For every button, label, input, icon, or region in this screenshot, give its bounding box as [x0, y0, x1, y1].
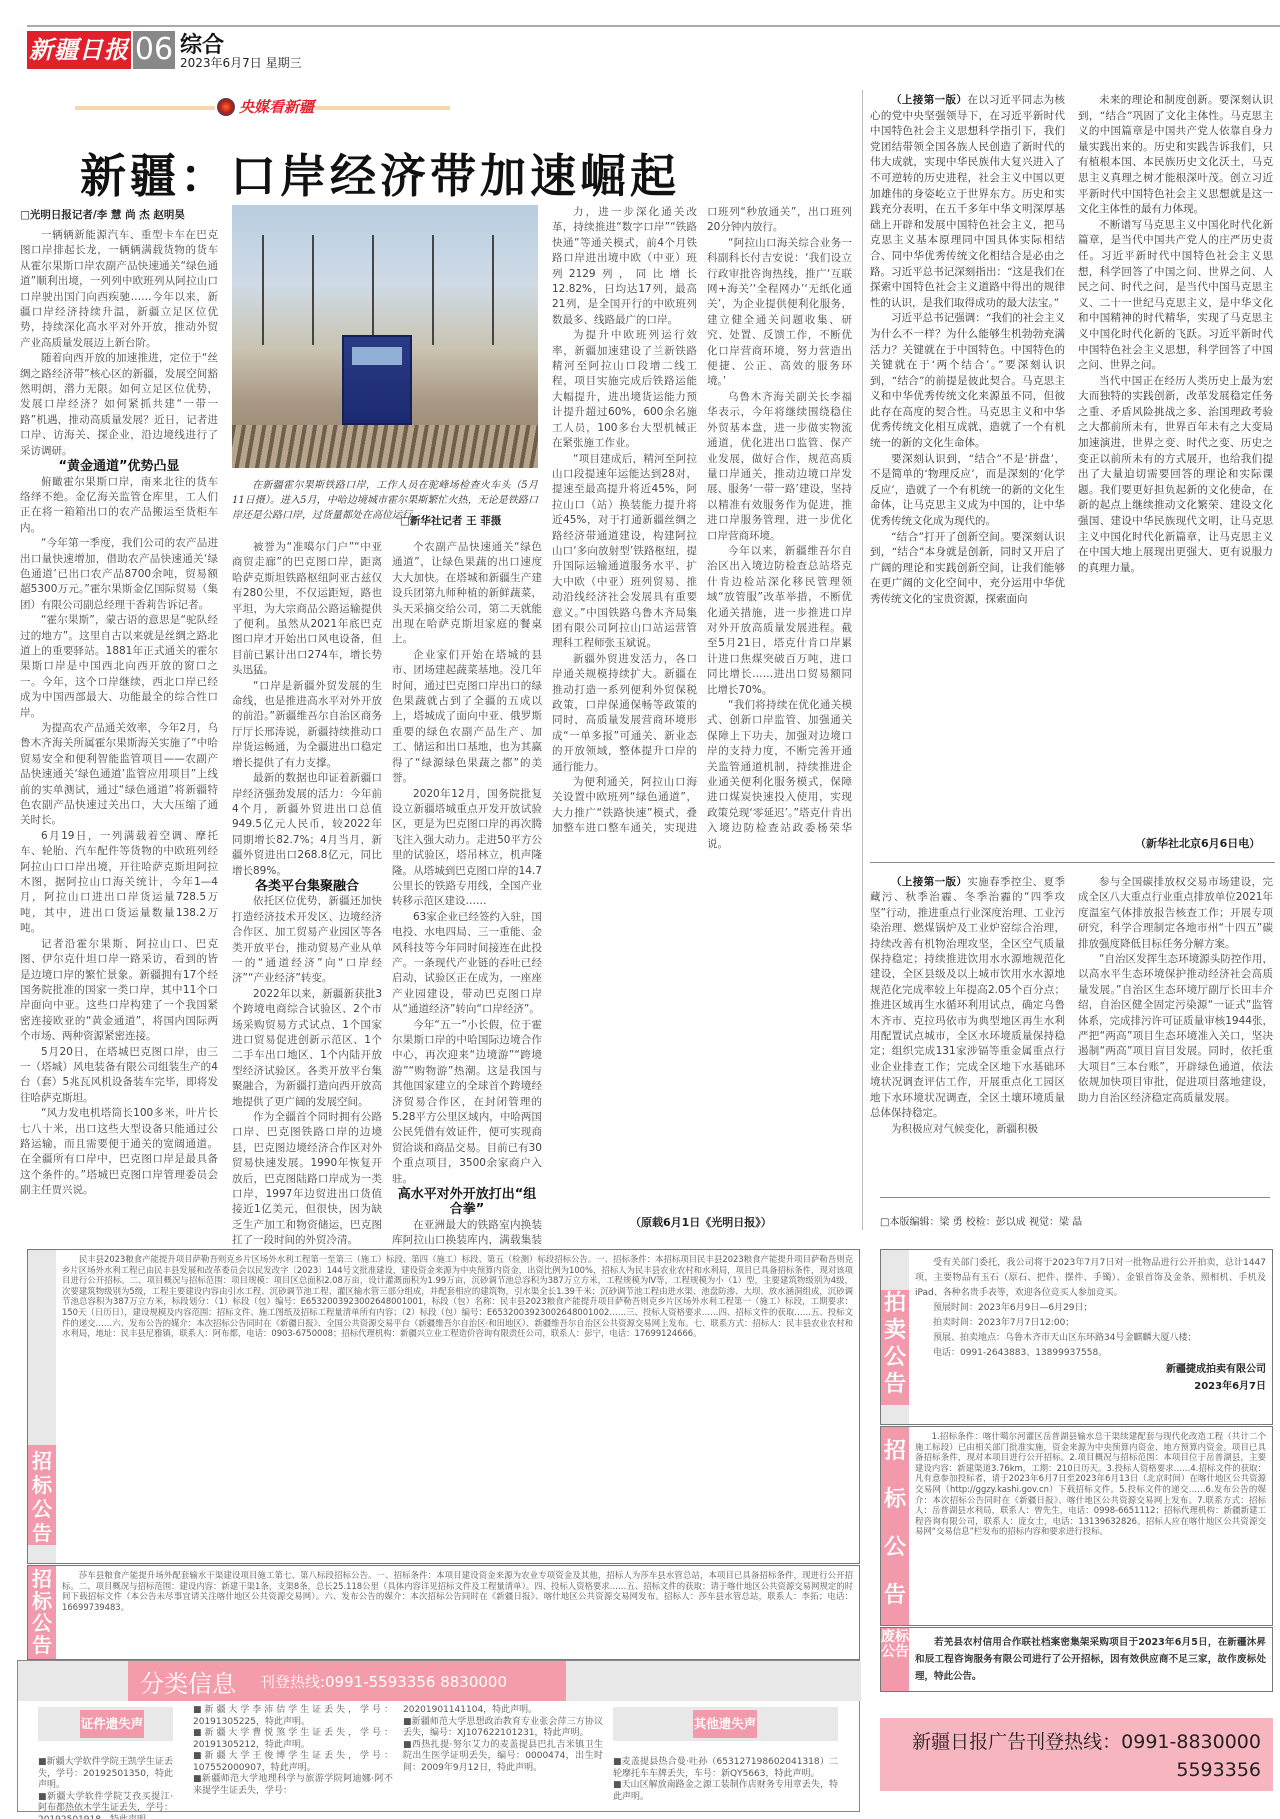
ad-label-column: 招标公告 [28, 1250, 56, 1563]
subheading: “黄金通道”优势凸显 [20, 459, 218, 474]
target-icon [217, 98, 235, 116]
classified-column-1: ■新疆大学软件学院王凯学生证丢失，学号：20192501350，特此声明。 ■新… [38, 1757, 173, 1819]
classified-hotline: 刊登热线:0991-5593356 8830000 [260, 1671, 507, 1692]
classified-column-4: ■麦盖提县热合曼·吐孙（653127198602041318）二轮摩托车车牌丢失… [613, 1757, 838, 1803]
kicker-label: 央媒看新疆 [239, 96, 314, 117]
paragraph: 2022年以来，新疆新获批3个跨境电商综合试验区、2个市场采购贸易方式试点、1个… [232, 987, 382, 1110]
article-dateline: （新华社北京6月6日电） [1135, 835, 1260, 851]
newspaper-logo: 新疆日报 [27, 31, 131, 69]
paragraph: 5月20日，在塔城巴克图口岸，由三一（塔城）风电装备有限公司组装生产的4台（套）… [20, 1045, 218, 1107]
classified-column-3: 20201901141104，特此声明。 ■新疆师范大学思想政治教育专业张会萍三… [403, 1705, 603, 1774]
paragraph: 随着向西开放的加速推进，定位于“丝绸之路经济带”核心区的新疆，发展空间豁然明朗，… [20, 351, 218, 459]
paragraph: 一辆辆新能源汽车、重型卡车在巴克图口岸排起长龙，一辆辆满载货物的货车从霍尔果斯口… [20, 228, 218, 351]
paragraph: 作为全疆首个同时拥有公路口岸、巴克图铁路口岸的边境县，巴克图边境经济合作区对外贸… [232, 1110, 382, 1249]
ad-body: 民丰县2023粮食产能提升项目萨勒吾则克乡片区场外水利工程第一至第三（施工）标段… [62, 1254, 853, 1559]
classified-title: 分类信息 [140, 1664, 236, 1699]
paragraph: 个农副产品快速通关“绿色通道”，让绿色果蔬的出口速度大大加快。在塔城和新疆生产建… [392, 540, 542, 648]
paragraph: 63家企业已经签约入驻，国电投、水电四局、三一重能、金风科技等今年同时间接连在此… [392, 910, 542, 1018]
paragraph: “自治区发挥生态环境源头防控作用，以高水平生态环境保护推动经济社会高质量发展。”… [1078, 952, 1273, 1106]
paragraph: “霍尔果斯”，蒙古语的意思是“驼队经过的地方”。这里自古以来就是丝绸之路北道上的… [20, 613, 218, 721]
paragraph: 习近平总书记强调：“我们的社会主义为什么不一样？为什么能够生机勃勃充满活力？关键… [870, 311, 1065, 451]
commentary-column-2: 未来的理论和制度创新。要深刻认识到，“结合”巩固了文化主体性。马克思主义的中国篇… [1078, 93, 1273, 833]
ad-label: 废标公告 [881, 1628, 909, 1692]
notice-item: ■新疆师范大学思想政治教育专业张会萍三方协议丢失，编号：XJ1076221012… [403, 1717, 603, 1740]
classified-column-2: ■新疆大学李沛佶学生证丢失，学号：20191305225，特此声明。 ■新疆大学… [193, 1705, 393, 1797]
eco-article-column-1: （上接第一版）实施春季控尘、夏季藏污、秋季治霾、冬季治霾的“四季攻坚”行动，推进… [870, 875, 1065, 1195]
continued-label: （上接第一版） [891, 876, 967, 888]
other-loss-tag: 其他遗失声明 [613, 1707, 838, 1741]
paragraph: 要深刻认识到，“结合”不是‘拼盘’，不是简单的‘物理反应’，而是深刻的‘化学反应… [870, 452, 1065, 530]
article-byline: □光明日报记者/李 慧 尚 杰 赵明昊 [20, 207, 185, 222]
paragraph: 不断谱写马克思主义中国化时代化新篇章，是当代中国共产党人的庄严历史责任。习近平新… [1078, 218, 1273, 374]
continued-label: （上接第一版） [891, 94, 967, 106]
paragraph: （上接第一版）在以习近平同志为核心的党中央坚强领导下，在习近平新时代中国特色社会… [870, 93, 1065, 311]
paragraph: “风力发电机塔筒长100多米，叶片长七八十米，出口这些大型设备只能通过公路运输，… [20, 1106, 218, 1198]
notice-item: ■新疆大学曹悦煞学生证丢失，学号：20191305212，特此声明。 [193, 1728, 393, 1751]
auction-notice-ad: 拍卖公告 受有关部门委托，我公司将于2023年7月7日对一批物品进行公开拍卖，总… [880, 1249, 1273, 1425]
paragraph: 为提高农产品通关效率，今年2月，乌鲁木齐海关所属霍尔果斯海关实施了“中哈贸易安全… [20, 721, 218, 829]
column-divider [862, 90, 863, 1230]
paragraph: （上接第一版）实施春季控尘、夏季藏污、秋季治霾、冬季治霾的“四季攻坚”行动，推进… [870, 875, 1065, 1122]
news-photo-train [232, 205, 538, 468]
paragraph: “今年第一季度，我们公司的农产品进出口量快速增加，借助农产品快速通关‘绿色通道’… [20, 536, 218, 613]
classified-header: 分类信息 刊登热线:0991-5593356 8830000 [18, 1661, 861, 1701]
railway-tracks-image [232, 425, 538, 468]
commentary-column-1: （上接第一版）在以习近平同志为核心的党中央坚强领导下，在习近平新时代中国特色社会… [870, 93, 1065, 833]
paragraph: 为积极应对气候变化，新疆积极 [870, 1122, 1065, 1137]
paragraph: 力，进一步深化通关改革，持续推进“数字口岸”“铁路快通”等通关模式，前4个月铁路… [552, 205, 697, 328]
kicker-rule-right [315, 106, 450, 110]
ad-hotline-banner: 新疆日报广告刊登热线：0991-8830000 5593356 [880, 1718, 1273, 1791]
paragraph: 新疆外贸进发活力，各口岸通关规模持续扩大。新疆在推动打造一系列便利外贸保税政策，… [552, 652, 697, 775]
bid-notice-ad: 招标公告 1.招标条件：喀什噶尔河灌区岳普湖县输水总干渠续建配套与现代化改造工程… [880, 1426, 1273, 1626]
paragraph: 乌鲁木齐海关副关长李福华表示，今年将继续围绕稳住外贸基本盘，进一步做实物流通道，… [707, 390, 852, 544]
page-number: 06 [133, 31, 175, 69]
subheading: 高水平对外开放打出“组合拳” [392, 1187, 542, 1218]
auction-date: 2023年6月7日 [915, 1378, 1266, 1395]
ad-label: 招标公告 [28, 1445, 56, 1545]
notice-item: ■麦盖提县热合曼·吐孙（653127198602041318）二轮摩托车车牌丢失… [613, 1757, 838, 1780]
paragraph: “项目建成后，精河至阿拉山口段提速年运能达到28对，提速至最高提升将近45%，阿… [552, 452, 697, 652]
ad-body: 若羌县农村信用合作联社档案密集架采购项目于2023年6月5日，在新疆沐昇和辰工程… [915, 1634, 1266, 1685]
article-headline: 新疆：口岸经济带加速崛起 [80, 140, 800, 206]
paragraph: 被誉为“准噶尔门户”“中亚商贸走廊”的巴克图口岸，距离哈萨克斯坦铁路枢纽阿亚古兹… [232, 540, 382, 679]
ad-body: 1.招标条件：喀什噶尔河灌区岳普湖县输水总干渠续建配套与现代化改造工程（共计二个… [915, 1431, 1266, 1621]
paragraph: 记者沿霍尔果斯、阿拉山口、巴克图、伊尔克什坦口岸一路采访，看到的皆是边境口岸的繁… [20, 937, 218, 1045]
paragraph: 今年以来，新疆维吾尔自治区出入境边防检查总站塔克什肯边检站深化移民管理领域“放管… [707, 544, 852, 698]
paragraph: “阿拉山口海关综合业务一科副科长付吉安说：‘我们设立行政审批咨询热线，推广‘互联… [707, 236, 852, 390]
paragraph: 参与全国碳排放权交易市场建设，完成全区八大重点行业重点排放单位2021年度温室气… [1078, 875, 1273, 952]
photo-credit: □新华社记者 王 菲摄 [400, 513, 501, 528]
ad-label: 拍卖公告 [881, 1290, 909, 1405]
cancel-bid-notice-ad: 废标公告 若羌县农村信用合作联社档案密集架采购项目于2023年6月5日，在新疆沐… [880, 1627, 1273, 1692]
article-column-4: 力，进一步深化通关改革，持续推进“数字口岸”“铁路快通”等通关模式，前4个月铁路… [552, 205, 852, 1205]
editor-credits: □本版编辑：梁 勇 校检：彭以成 视觉：梁 晶 [880, 1213, 1082, 1228]
header-rule [27, 25, 1280, 27]
paragraph: 当代中国正在经历人类历史上最为宏大而独特的实践创新，改革发展稳定任务之重、矛盾风… [1078, 374, 1273, 577]
paragraph: “结合”打开了创新空间。要深刻认识到，“结合”本身就是创新，同时又开启了广阔的理… [870, 530, 1065, 608]
paragraph: 依托区位优势，新疆还加快打造经济技术开发区、边境经济合作区、加工贸易产业园区等各… [232, 894, 382, 986]
editor-rule [880, 1197, 1270, 1198]
paragraph: 俯瞰霍尔果斯口岸，南来北往的货车络绎不绝。金亿海关监管仓库里，工人们正在将一箱箱… [20, 475, 218, 537]
notice-item: ■西热扎提·努尔艾力的麦盖提县巴扎吉米镇卫生院出生医学证明丢失，编号：00004… [403, 1740, 603, 1775]
paragraph: 6月19日，一列满载着空调、摩托车、轮胎、汽车配件等货物的中欧班列经阿拉山口口岸… [20, 829, 218, 937]
notice-item: ■新疆师范大学地理科学与旅游学院阿迪娜·阿不来提学生证丢失，学号： [193, 1774, 393, 1797]
notice-item: ■新疆大学王俊博学生证丢失，学号：107552000907，特此声明。 [193, 1751, 393, 1774]
id-loss-tag: 证件遗失声明 [38, 1707, 173, 1741]
article-column-1: 一辆辆新能源汽车、重型卡车在巴克图口岸排起长龙，一辆辆满载货物的货车从霍尔果斯口… [20, 228, 218, 1199]
notice-item: ■新疆大学软件学院王凯学生证丢失，学号：20192501350，特此声明。 [38, 1757, 173, 1792]
hotline-text: 新疆日报广告刊登热线：0991-8830000 [880, 1728, 1261, 1756]
paragraph: “我们将持续在优化通关模式、创新口岸监管、加强通关保障上下功夫，加强对边境口岸的… [707, 698, 852, 852]
kicker-rule-left [75, 106, 215, 110]
notice-item: ■新疆大学李沛佶学生证丢失，学号：20191305225，特此声明。 [193, 1705, 393, 1728]
notice-item: ■天山区解放南路金之源工装制作店财务专用章丢失，特此声明。 [613, 1780, 838, 1803]
ad-body: 莎车县粮食产能提升场外配套输水干渠建设项目施工第七、第八标段招标公告。一、招标条… [62, 1570, 853, 1655]
paragraph: “口岸是新疆外贸发展的生命线，也是推进高水平对外开放的前沿。”新疆维吾尔自治区商… [232, 679, 382, 771]
article-source: （原载6月1日《光明日报》） [630, 1214, 772, 1230]
paragraph: 企业家们开始在塔城的县市、团场建起蔬菜基地。没几年时间，通过巴克图口岸出口的绿色… [392, 648, 542, 787]
paragraph: 今年“五一”小长假，位于霍尔果斯口岸的中哈国际边境合作中心，再次迎来“边境游”“… [392, 1018, 542, 1187]
paragraph: 最新的数据也印证着新疆口岸经济强劲发展的活力：今年前4个月，新疆外贸进出口总值9… [232, 771, 382, 879]
hotline-number: 5593356 [880, 1756, 1261, 1784]
bid-notice-ad: 招标公告 民丰县2023粮食产能提升项目萨勒吾则克乡片区场外水利工程第一至第三（… [27, 1249, 860, 1564]
article-column-3: 个农副产品快速通关“绿色通道”，让绿色果蔬的出口速度大大加快。在塔城和新疆生产建… [392, 540, 542, 1310]
subheading: 各类平台集聚融合 [232, 879, 382, 894]
ad-label: 招标公告 [881, 1427, 909, 1626]
article-divider [870, 862, 1275, 863]
paragraph: 为提升中欧班列运行效率，新疆加速建设了兰新铁路精河至阿拉山口段增二线工程，项目实… [552, 328, 697, 451]
notice-item: ■新疆大学软件学院艾孜买提江·阿布都热依木学生证丢失，学号：2019250191… [38, 1792, 173, 1819]
paragraph: 未来的理论和制度创新。要深刻认识到，“结合”巩固了文化主体性。马克思主义的中国篇… [1078, 93, 1273, 218]
eco-article-column-2: 参与全国碳排放权交易市场建设，完成全区八大重点行业重点排放单位2021年度温室气… [1078, 875, 1273, 1195]
paragraph: 2020年12月，国务院批复设立新疆塔城重点开发开放试验区，更是为巴克图口岸的再… [392, 787, 542, 910]
ad-body: 受有关部门委托，我公司将于2023年7月7日对一批物品进行公开拍卖，总计1447… [915, 1256, 1266, 1395]
notice-item: 20201901141104，特此声明。 [403, 1705, 603, 1717]
issue-date: 2023年6月7日 星期三 [180, 54, 302, 71]
ad-label: 招标公告 [28, 1566, 56, 1660]
column-kicker: 央媒看新疆 [217, 96, 314, 117]
article-column-2: 被誉为“准噶尔门户”“中亚商贸走廊”的巴克图口岸，距离哈萨克斯坦铁路枢纽阿亚古兹… [232, 540, 382, 1326]
locomotive-image [342, 335, 412, 425]
bid-notice-ad: 招标公告 莎车县粮食产能提升场外配套输水干渠建设项目施工第七、第八标段招标公告。… [27, 1565, 860, 1660]
classified-section: 分类信息 刊登热线:0991-5593356 8830000 证件遗失声明 ■新… [17, 1660, 860, 1812]
auction-company: 新疆捷成拍卖有限公司 [915, 1361, 1266, 1378]
